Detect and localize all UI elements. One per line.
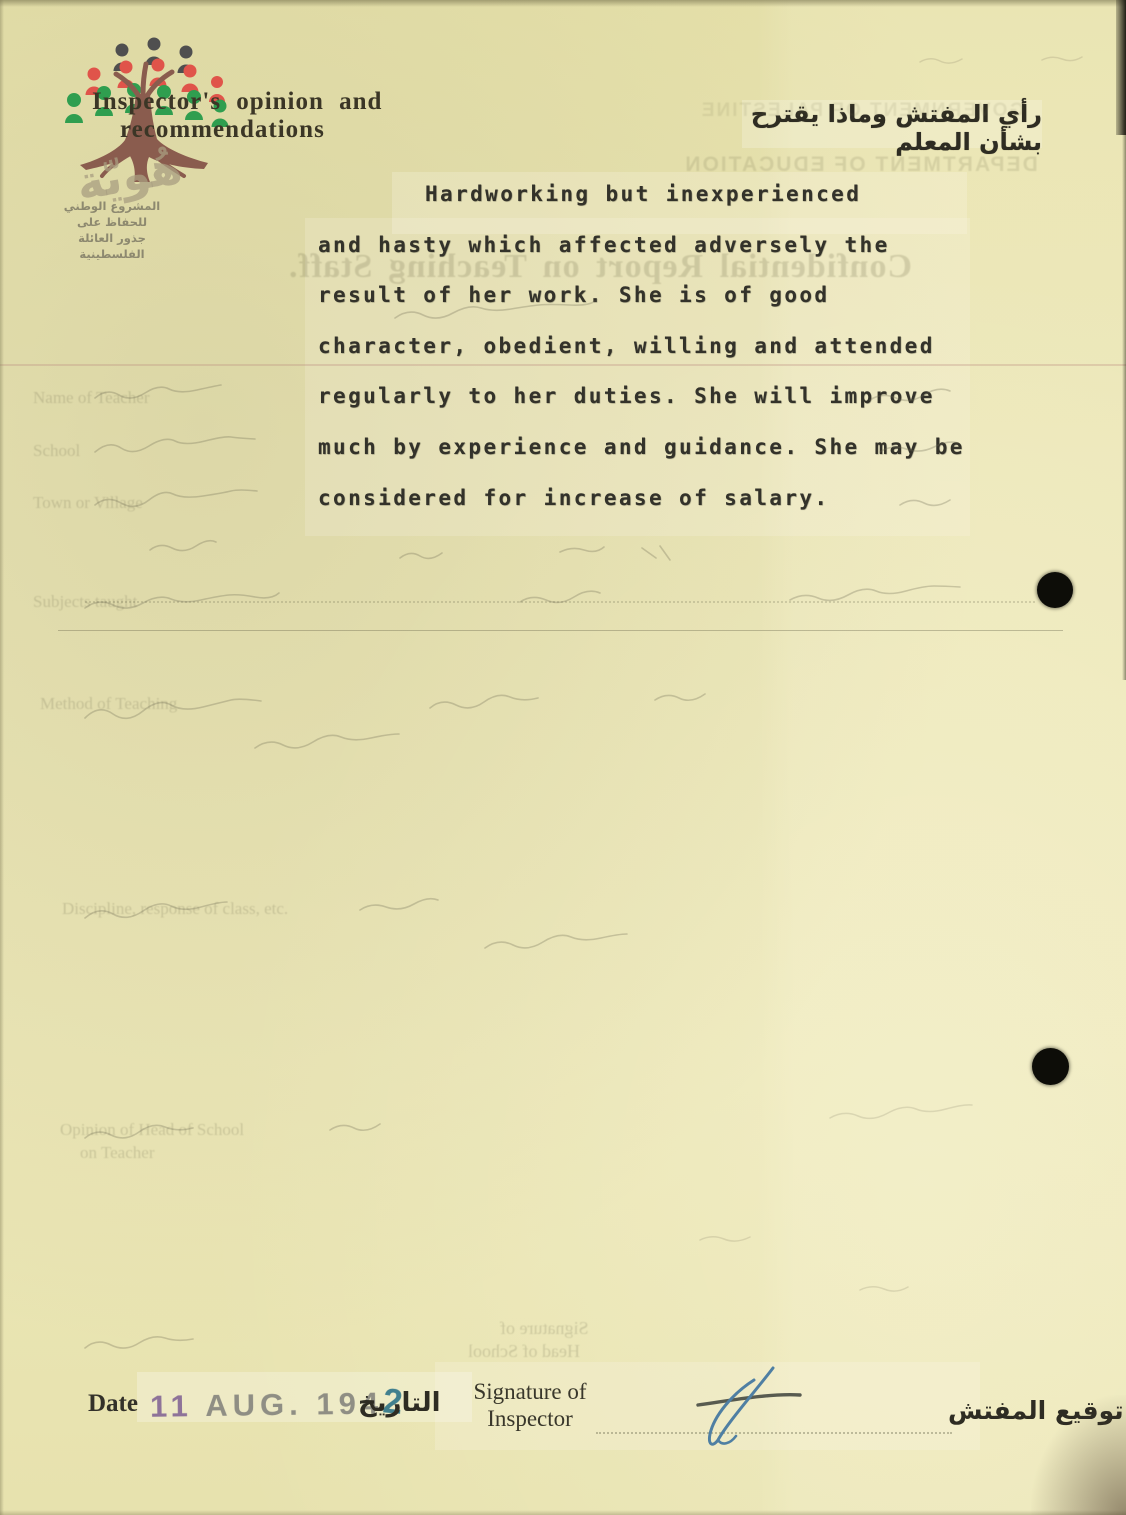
signature-label-line2: Inspector: [455, 1405, 605, 1432]
bleedthrough-handwriting: [0, 0, 1126, 1515]
scan-edge-bottom: [0, 1510, 1126, 1515]
date-stamp-day: 11: [150, 1388, 193, 1424]
scan-edge-right-dark: [1116, 0, 1126, 135]
date-stamp-month-year: AUG. 194: [205, 1386, 383, 1423]
scan-corner-shadow: [1031, 1395, 1126, 1515]
date-label: Date: [88, 1390, 138, 1418]
scan-edge-top: [0, 0, 1126, 7]
hole-punch-bottom: [1032, 1048, 1069, 1085]
scan-edge-right: [1122, 120, 1126, 680]
hole-punch-top: [1037, 572, 1073, 608]
signature-label-line1: Signature of: [455, 1378, 605, 1405]
document-page: هُويّة المشروع الوطني للحفاظ على جذور ال…: [0, 0, 1126, 1515]
signature-of-inspector-label: Signature of Inspector: [455, 1378, 605, 1432]
date-label-arabic: التاريخ: [358, 1388, 441, 1418]
scan-edge-left: [0, 0, 4, 1515]
inspector-signature-mark: [688, 1360, 828, 1455]
